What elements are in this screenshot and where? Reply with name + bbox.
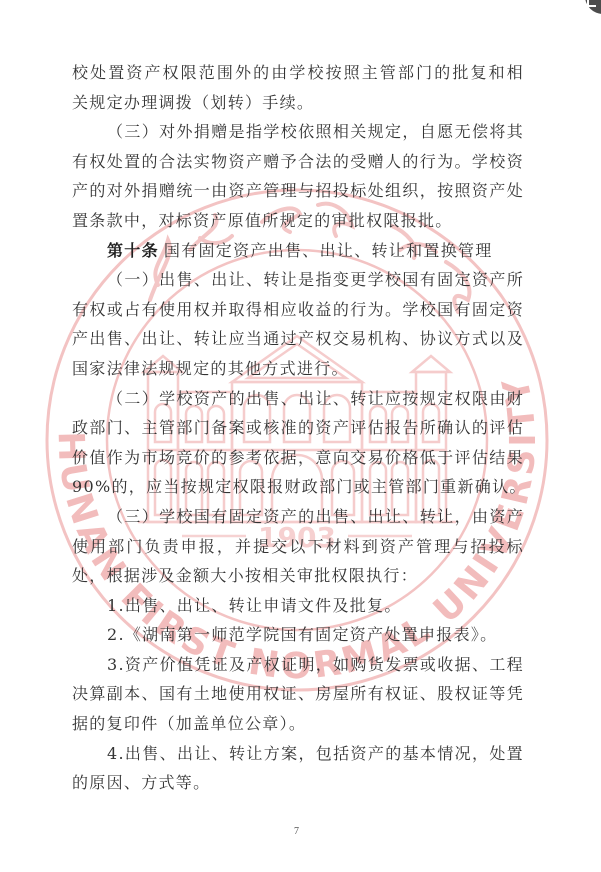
text-line: （一）出售、出让、转让是指变更学校国有固定资产所	[72, 265, 524, 295]
text-line: （三）对外捐赠是指学校依照相关规定，自愿无偿将其	[72, 117, 524, 147]
page-number: 7	[294, 826, 299, 837]
text-line: （二）学校资产的出售、出让、转让应按规定权限由财	[72, 384, 524, 414]
text-line: 价值作为市场竞价的参考依据，意向交易价格低于评估结果	[72, 443, 524, 473]
corner-button[interactable]	[585, 0, 601, 14]
article-title: 国有固定资产出售、出让、转让和置换管理	[164, 241, 493, 260]
text-line: 据的复印件（加盖单位公章）。	[72, 709, 524, 739]
text-line: 决算副本、国有土地使用权证、房屋所有权证、股权证等凭	[72, 679, 524, 709]
bracket-icon	[585, 0, 601, 14]
list-item: 4.出售、出让、转让方案，包括资产的基本情况，处置	[72, 739, 524, 769]
list-item: 2.《湖南第一师范学院国有固定资产处置申报表》。	[72, 620, 524, 650]
text-line: （三）学校国有固定资产的出售、出让、转让，由资产	[72, 502, 524, 532]
text-line: 产的对外捐赠统一由资产管理与招投标处组织，按照资产处	[72, 176, 524, 206]
text-line: 有权或占有使用权并取得相应收益的行为。学校国有固定资	[72, 295, 524, 325]
document-page: HUNAN FIRST NORMAL UNIVERSITY	[0, 0, 601, 872]
text-line: 有权处置的合法实物资产赠予合法的受赠人的行为。学校资	[72, 147, 524, 177]
text-line: 政部门、主管部门备案或核准的资产评估报告所确认的评估	[72, 413, 524, 443]
list-item: 1.出售、出让、转让申请文件及批复。	[72, 591, 524, 621]
document-body: 校处置资产权限范围外的由学校按照主管部门的批复和相 关规定办理调拨（划转）手续。…	[72, 58, 524, 798]
text-line: 国家法律法规规定的其他方式进行。	[72, 354, 524, 384]
text-line: 处，根据涉及金额大小按相关审批权限执行：	[72, 561, 524, 591]
text-line: 使用部门负责申报，并提交以下材料到资产管理与招投标	[72, 532, 524, 562]
article-number: 第十条	[107, 241, 159, 260]
text-line: 产出售、出让、转让应当通过产权交易机构、协议方式以及	[72, 324, 524, 354]
text-line: 的原因、方式等。	[72, 768, 524, 798]
text-line: 关规定办理调拨（划转）手续。	[72, 88, 524, 118]
text-line: 90%的，应当按规定权限报财政部门或主管部门重新确认。	[72, 472, 524, 502]
text-line: 校处置资产权限范围外的由学校按照主管部门的批复和相	[72, 58, 524, 88]
list-item: 3.资产价值凭证及产权证明，如购货发票或收据、工程	[72, 650, 524, 680]
article-heading: 第十条国有固定资产出售、出让、转让和置换管理	[72, 236, 524, 266]
text-line: 置条款中，对标资产原值所规定的审批权限报批。	[72, 206, 524, 236]
